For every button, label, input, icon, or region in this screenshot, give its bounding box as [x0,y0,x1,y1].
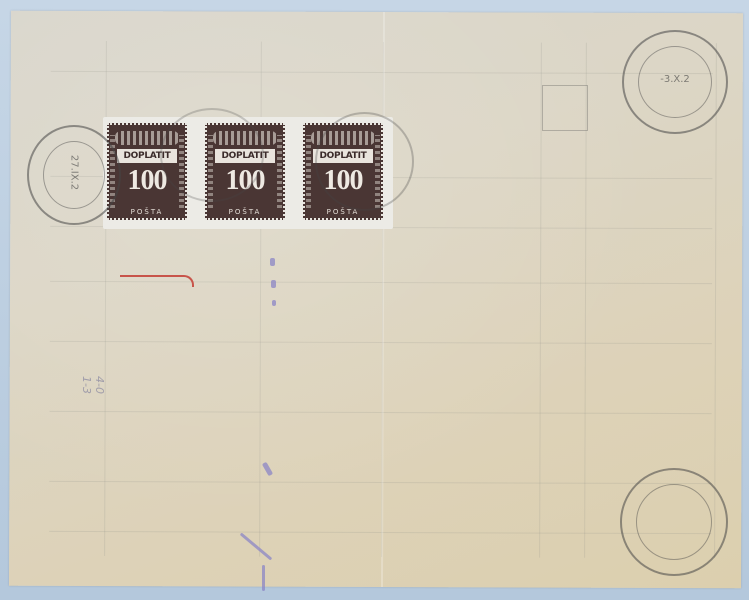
bottom-right-postmark [620,468,728,576]
stamp-cancel-postmark [160,108,264,202]
left-postmark: 27.IX.2 [27,125,121,225]
handwritten-note: 4-0 1-3 [80,376,106,394]
blue-pencil-mark [262,565,265,591]
top-right-postmark: -3.X.2 [622,30,728,134]
stamp-bottom-text: POŠTA [207,208,283,216]
stamp-bottom-text: POŠTA [109,208,185,216]
blue-pencil-mark [270,258,275,266]
blue-pencil-mark [271,280,276,288]
rubber-stamp-box [542,85,588,131]
stamp-cancel-postmark [315,112,414,211]
paper-fold [381,12,385,587]
red-pencil-mark [120,275,194,287]
blue-pencil-mark [272,300,276,306]
